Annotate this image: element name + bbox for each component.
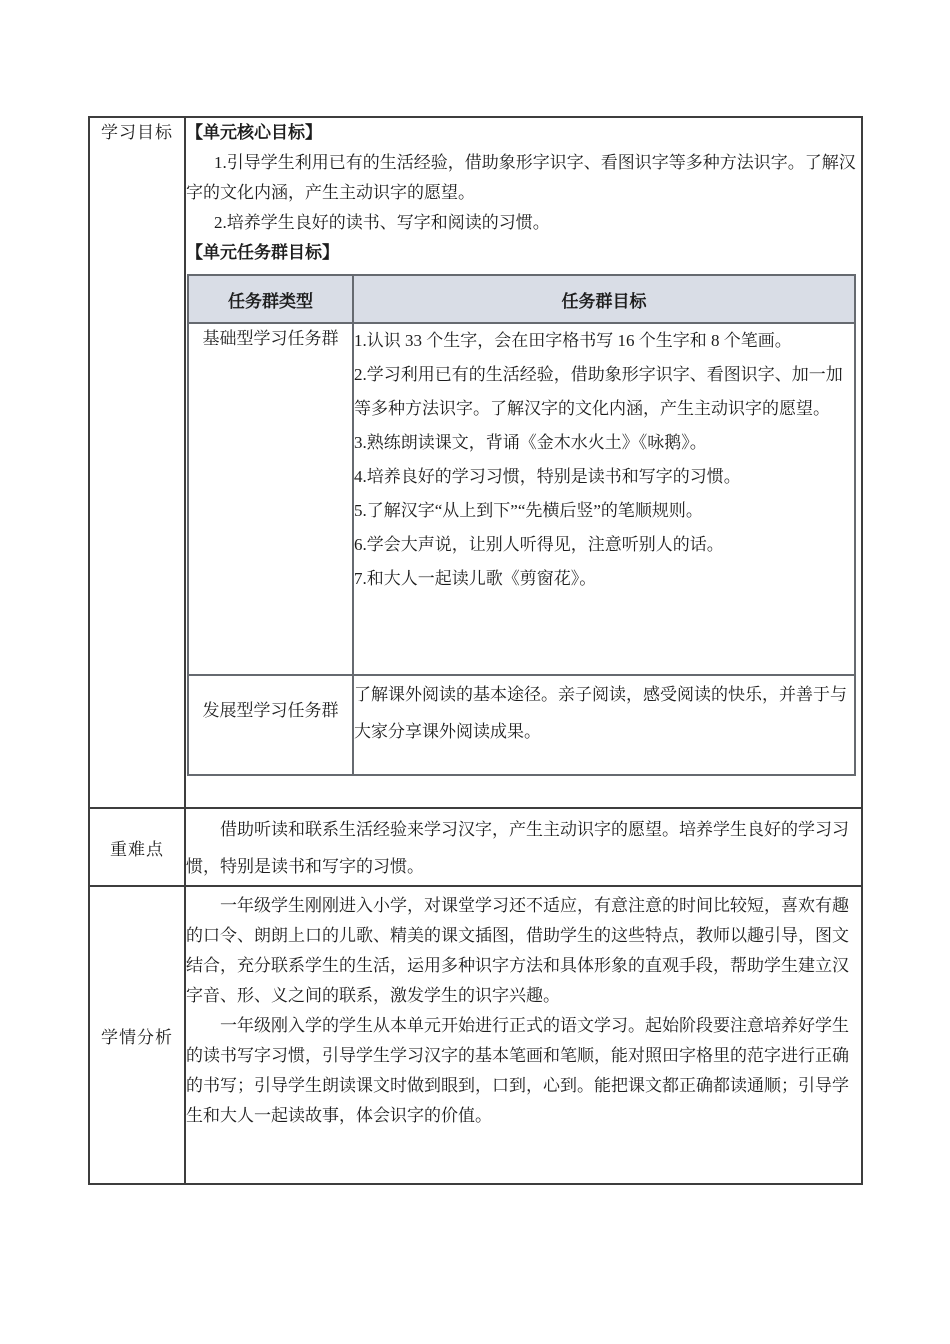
objectives-label-cell: 学习目标 (89, 117, 185, 808)
key-points-content: 借助听读和联系生活经验来学习汉字，产生主动识字的愿望。培养学生良好的学习习惯，特… (186, 809, 861, 881)
task-group-header-row: 任务群类型 任务群目标 (188, 275, 855, 323)
learner-analysis-content: 一年级学生刚刚进入小学，对课堂学习还不适应，有意注意的时间比较短，喜欢有趣的口令… (186, 887, 861, 1179)
development-task-group-goals-cell: 了解课外阅读的基本途径。亲子阅读，感受阅读的快乐，并善于与大家分享课外阅读成果。 (353, 675, 855, 775)
core-goals-heading: 【单元核心目标】 (186, 118, 861, 148)
development-task-group-type: 发展型学习任务群 (188, 675, 353, 775)
goal-item-1: 1.认识 33 个生字，会在田字格书写 16 个生字和 8 个笔画。 (354, 324, 854, 358)
row-key-points: 重难点 借助听读和联系生活经验来学习汉字，产生主动识字的愿望。培养学生良好的学习… (89, 808, 862, 886)
development-goal-item: 了解课外阅读的基本途径。亲子阅读，感受阅读的快乐，并善于与大家分享课外阅读成果。 (354, 676, 854, 750)
header-task-group-goal: 任务群目标 (353, 275, 855, 323)
goal-item-7: 7.和大人一起读儿歌《剪窗花》。 (354, 562, 854, 596)
key-points-text: 借助听读和联系生活经验来学习汉字，产生主动识字的愿望。培养学生良好的学习习惯，特… (186, 811, 861, 881)
task-group-row-basic: 基础型学习任务群 1.认识 33 个生字，会在田字格书写 16 个生字和 8 个… (188, 323, 855, 675)
key-points-label: 重难点 (110, 840, 164, 859)
goal-item-6: 6.学会大声说，让别人听得见，注意听别人的话。 (354, 528, 854, 562)
goal-item-4: 4.培养良好的学习习惯，特别是读书和写字的习惯。 (354, 460, 854, 494)
goal-item-5: 5.了解汉字“从上到下”“先横后竖”的笔顺规则。 (354, 494, 854, 528)
development-task-group-goals: 了解课外阅读的基本途径。亲子阅读，感受阅读的快乐，并善于与大家分享课外阅读成果。 (354, 676, 854, 762)
learner-analysis-content-cell: 一年级学生刚刚进入小学，对课堂学习还不适应，有意注意的时间比较短，喜欢有趣的口令… (185, 886, 862, 1184)
key-points-content-cell: 借助听读和联系生活经验来学习汉字，产生主动识字的愿望。培养学生良好的学习习惯，特… (185, 808, 862, 886)
objectives-label: 学习目标 (101, 123, 173, 142)
basic-task-group-type: 基础型学习任务群 (188, 323, 353, 675)
row-learning-objectives: 学习目标 【单元核心目标】 1.引导学生利用已有的生活经验，借助象形字识字、看图… (89, 117, 862, 808)
key-points-label-cell: 重难点 (89, 808, 185, 886)
objectives-content-cell: 【单元核心目标】 1.引导学生利用已有的生活经验，借助象形字识字、看图识字等多种… (185, 117, 862, 808)
goal-item-3: 3.熟练朗读课文，背诵《金木水火土》《咏鹅》。 (354, 426, 854, 460)
task-group-heading: 【单元任务群目标】 (186, 238, 861, 268)
core-goal-item-1: 1.引导学生利用已有的生活经验，借助象形字识字、看图识字等多种方法识字。了解汉字… (186, 148, 861, 208)
core-goal-item-2: 2.培养学生良好的读书、写字和阅读的习惯。 (186, 208, 861, 238)
objectives-content: 【单元核心目标】 1.引导学生利用已有的生活经验，借助象形字识字、看图识字等多种… (186, 118, 861, 802)
task-group-table: 任务群类型 任务群目标 基础型学习任务群 1.认识 33 个生字，会在田字格书写… (187, 274, 856, 776)
task-group-row-development: 发展型学习任务群 了解课外阅读的基本途径。亲子阅读，感受阅读的快乐，并善于与大家… (188, 675, 855, 775)
basic-task-group-goals: 1.认识 33 个生字，会在田字格书写 16 个生字和 8 个笔画。 2.学习利… (354, 324, 854, 662)
learner-analysis-paragraph-1: 一年级学生刚刚进入小学，对课堂学习还不适应，有意注意的时间比较短，喜欢有趣的口令… (186, 891, 861, 1011)
learner-analysis-paragraph-2: 一年级刚入学的学生从本单元开始进行正式的语文学习。起始阶段要注意培养好学生的读书… (186, 1011, 861, 1131)
unit-plan-table: 学习目标 【单元核心目标】 1.引导学生利用已有的生活经验，借助象形字识字、看图… (88, 116, 863, 1185)
basic-task-group-goals-cell: 1.认识 33 个生字，会在田字格书写 16 个生字和 8 个笔画。 2.学习利… (353, 323, 855, 675)
learner-analysis-label: 学情分析 (101, 1028, 173, 1047)
header-task-group-type: 任务群类型 (188, 275, 353, 323)
learner-analysis-label-cell: 学情分析 (89, 886, 185, 1184)
document-page: 学习目标 【单元核心目标】 1.引导学生利用已有的生活经验，借助象形字识字、看图… (0, 0, 950, 1344)
goal-item-2: 2.学习利用已有的生活经验，借助象形字识字、看图识字、加一加等多种方法识字。了解… (354, 358, 854, 426)
row-learner-analysis: 学情分析 一年级学生刚刚进入小学，对课堂学习还不适应，有意注意的时间比较短，喜欢… (89, 886, 862, 1184)
